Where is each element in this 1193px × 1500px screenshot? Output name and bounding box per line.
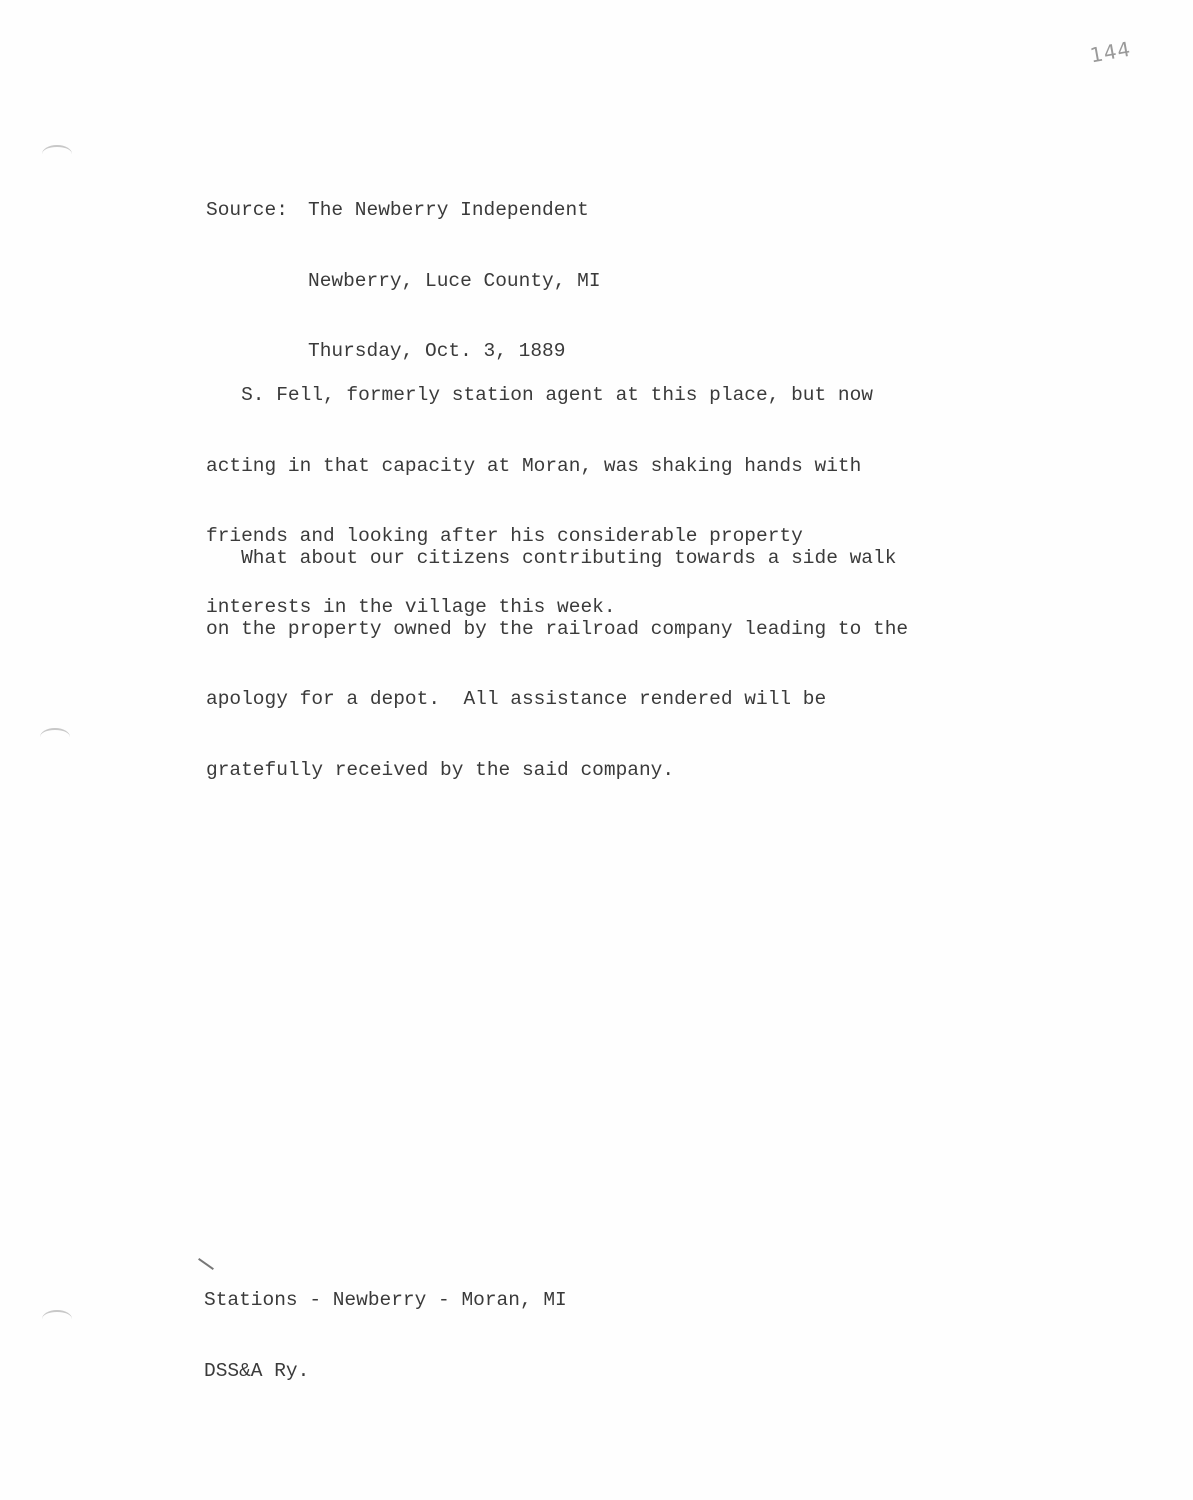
source-label: Source: [206, 199, 308, 223]
handwritten-page-number: 144 [1088, 37, 1133, 68]
punch-hole-mark [42, 145, 72, 163]
paragraph-line: on the property owned by the railroad co… [206, 618, 908, 642]
footer-line: DSS&A Ry. [204, 1360, 567, 1384]
paragraph-line: acting in that capacity at Moran, was sh… [206, 455, 873, 479]
punch-hole-mark [42, 1310, 72, 1328]
footer-index: Stations - Newberry - Moran, MI DSS&A Ry… [204, 1242, 567, 1407]
paragraph-line: gratefully received by the said company. [206, 759, 908, 783]
source-location: Newberry, Luce County, MI [308, 270, 601, 294]
paragraph-line: What about our citizens contributing tow… [206, 547, 908, 571]
paragraph-line: apology for a depot. All assistance rend… [206, 688, 908, 712]
source-publication: The Newberry Independent [308, 199, 589, 223]
article-paragraph: What about our citizens contributing tow… [206, 500, 908, 806]
punch-hole-mark [40, 728, 70, 746]
footer-line: Stations - Newberry - Moran, MI [204, 1289, 567, 1313]
paragraph-line: S. Fell, formerly station agent at this … [206, 384, 873, 408]
